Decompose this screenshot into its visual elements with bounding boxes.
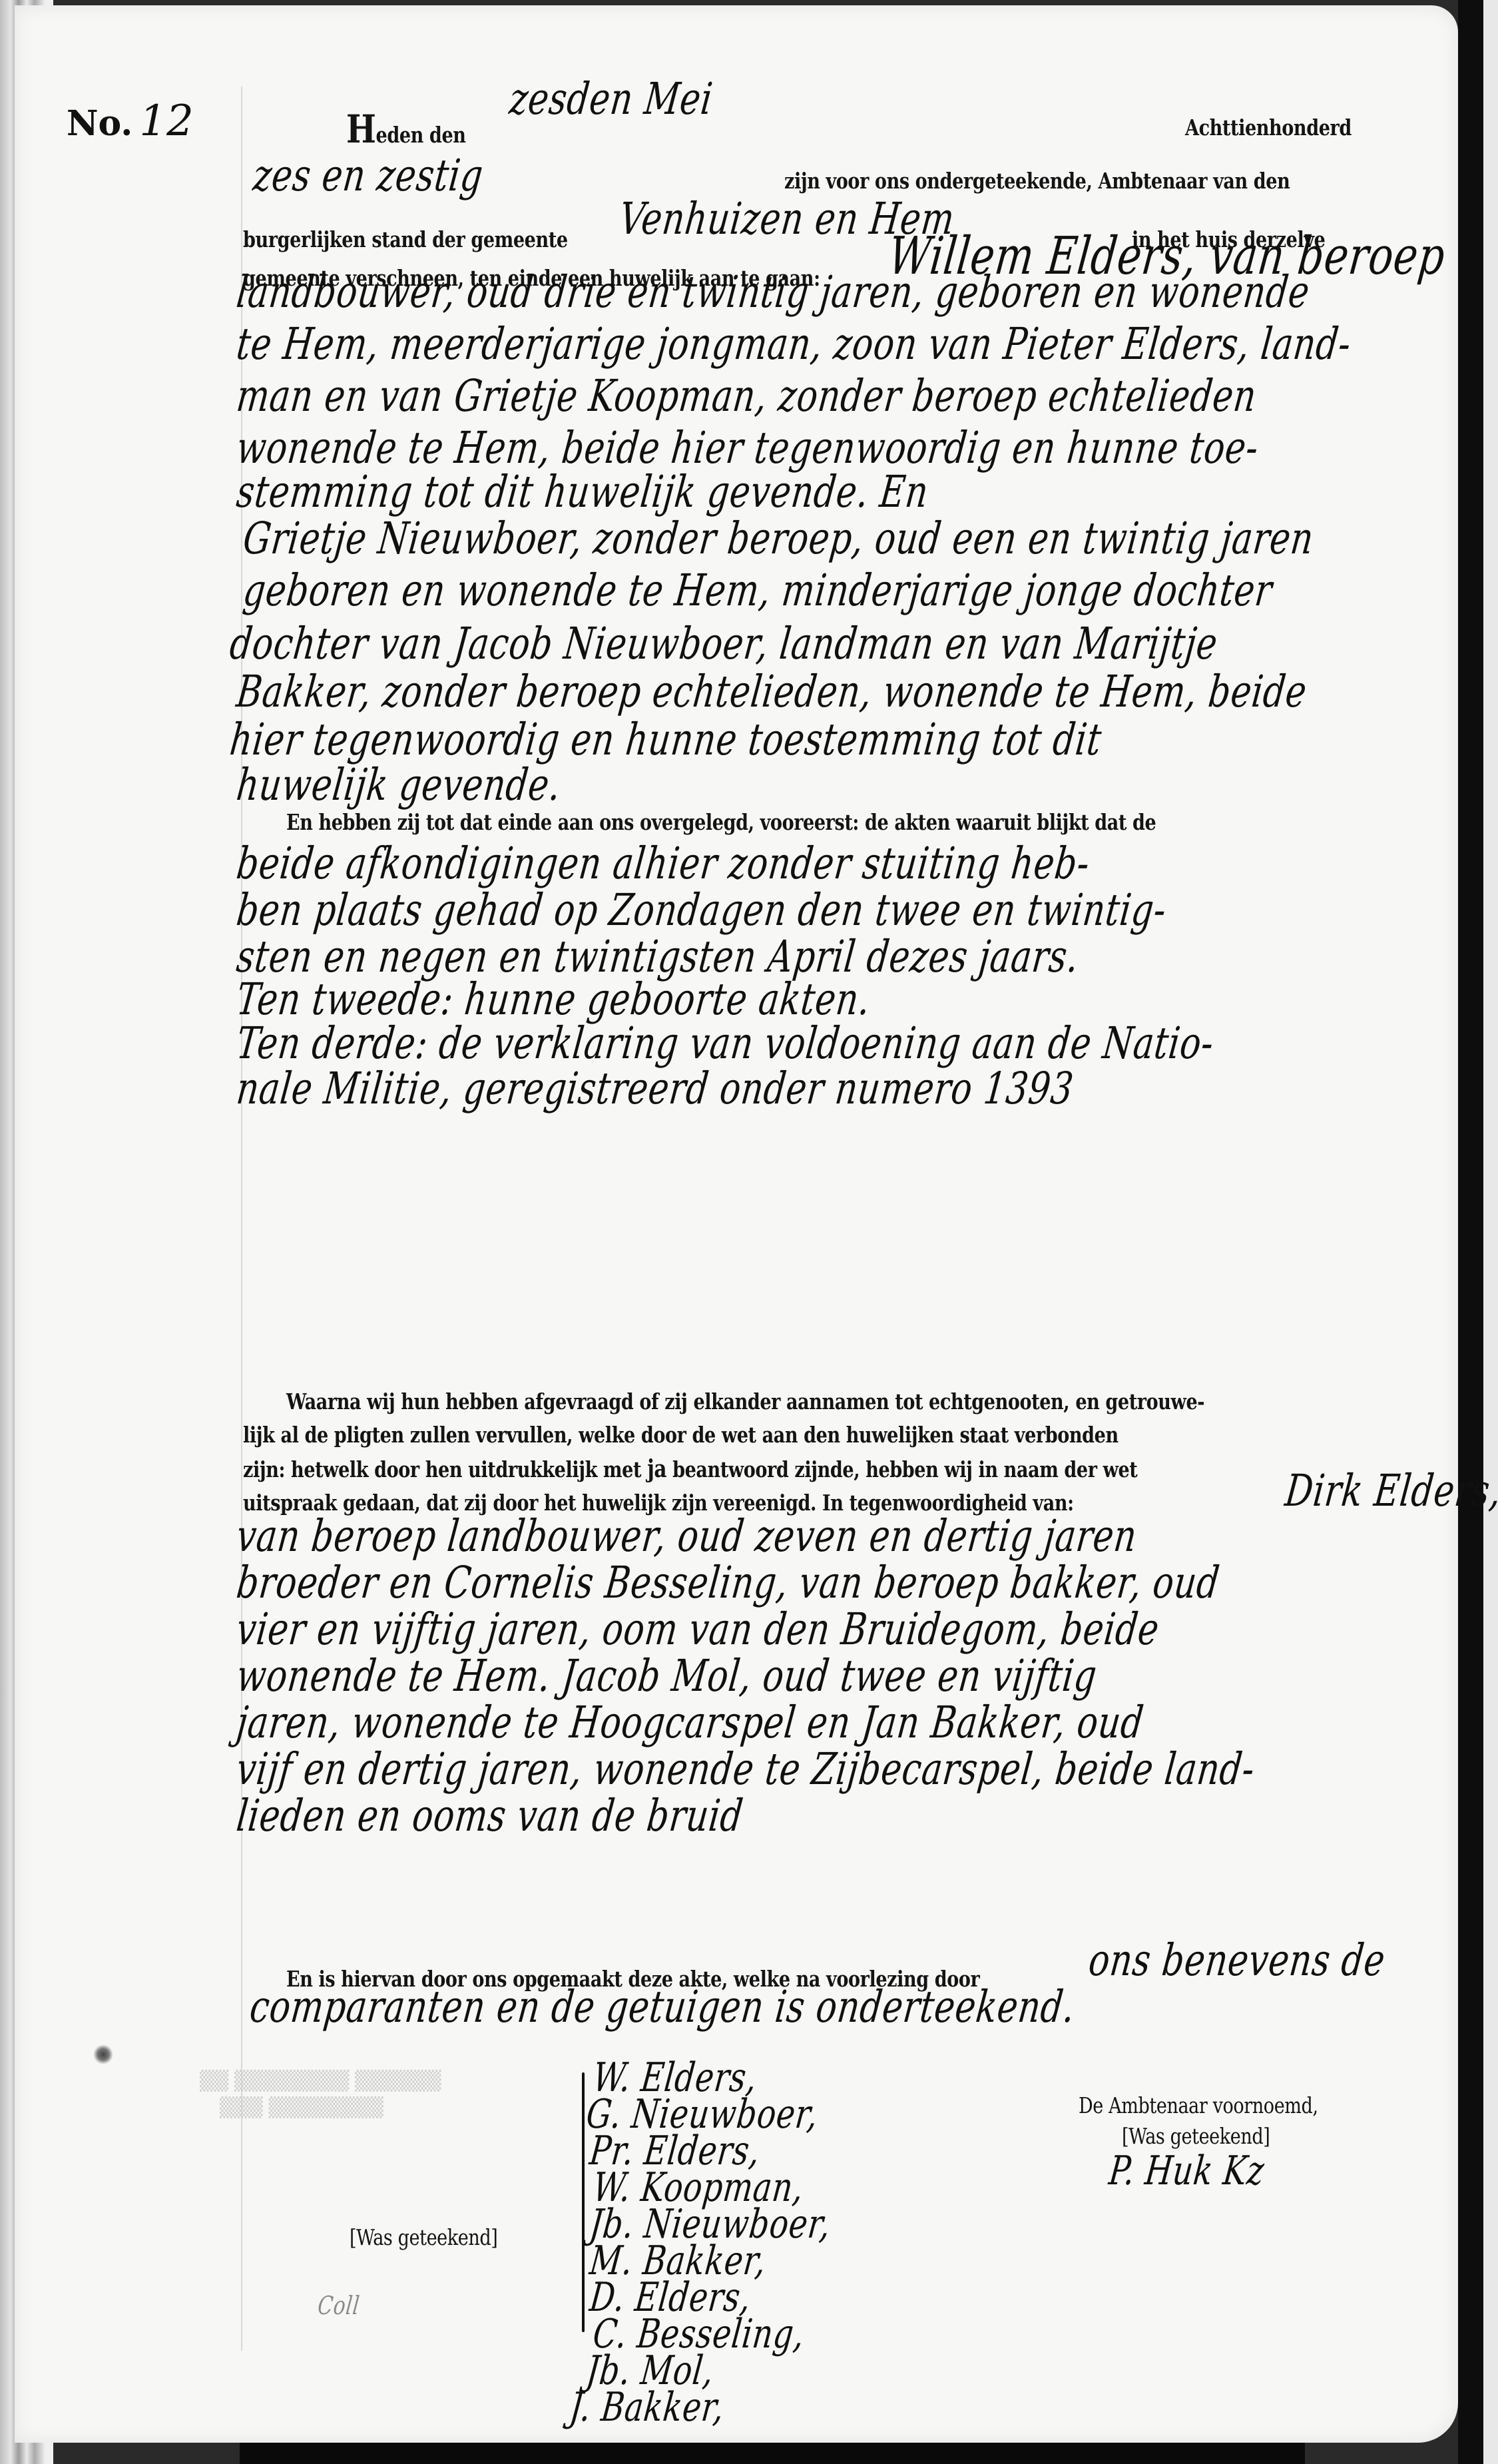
drop-cap: H [346,107,376,152]
book-gutter [1458,0,1483,2464]
bride-line: Grietje Nieuwboer, zonder beroep, oud ee… [241,513,1317,564]
witness-line: wonende te Hem. Jacob Mol, oud twee en v… [234,1650,1100,1701]
official-label: [Was geteekend] [1122,2123,1270,2149]
official-signature: P. Huk Kz [1107,2148,1266,2194]
documents-line: ben plaats gehad op Zondagen den twee en… [234,884,1169,936]
groom-line: man en van Grietje Koopman, zonder beroe… [234,370,1260,422]
witness-line: van beroep landbouwer, oud zeven en dert… [234,1510,1140,1562]
signatures-bracket [582,2072,585,2332]
next-page-edge [1483,0,1498,2464]
groom-line: landbouwer, oud drie en twintig jaren, g… [234,266,1312,318]
header-line-2: zijn voor ons ondergeteekende, Ambtenaar… [784,168,1290,194]
bride-line: dochter van Jacob Nieuwboer, landman en … [228,618,1220,669]
bride-line: hier tegenwoordig en hunne toestemming t… [228,714,1105,765]
bride-line: geboren en wonende te Hem, minderjarige … [241,565,1275,616]
year-printed: Achttienhonderd [1185,115,1352,141]
record-number-label: No. [67,103,132,144]
ink-blot [93,2044,113,2064]
ceremony-line-3: zijn: hetwelk door hen uitdrukkelijk met… [243,1455,1137,1483]
witness-line: vier en vijftig jaren, oom van den Bruid… [234,1604,1162,1655]
bleed-through-text: ▒▒▒▒▒▒ ▒▒▒▒▒▒▒▒ ▒▒ [200,2070,441,2092]
witness-start-handwritten: Dirk Elders, [1283,1465,1498,1516]
signature: J. Bakker, [567,2384,726,2431]
ja-emphasis: ja [647,1455,666,1483]
closing-handwritten-a: ons benevens de [1087,1935,1388,1986]
documents-line: beide afkondigingen alhier zonder stuiti… [234,838,1093,889]
documents-line: nale Militie, geregistreerd onder numero… [234,1063,1077,1114]
record-number-value: 12 [139,97,193,146]
witness-line: jaren, wonende te Hoogcarspel en Jan Bak… [234,1697,1146,1748]
page-bottom-shadow [240,2443,1305,2464]
heden-den-label: Heden den [346,107,466,152]
record-number: No.12 [67,97,194,146]
closing-handwritten-b: comparanten en de getuigen is onderteeke… [248,1981,1078,2032]
bleed-through-text: ▒▒▒▒▒▒▒▒ ▒▒▒ [220,2096,383,2118]
ceremony-line: lijk al de pligten zullen vervullen, wel… [243,1422,1119,1448]
documents-intro: En hebben zij tot dat einde aan ons over… [286,809,1156,835]
official-title: De Ambtenaar voornoemd, [1079,2092,1318,2118]
ceremony-line: Waarna wij hun hebben afgevraagd of zij … [286,1388,1204,1414]
groom-line: stemming tot dit huwelijk gevende. En [234,466,931,517]
witness-line: lieden en ooms van de bruid [234,1790,746,1841]
documents-line: Ten derde: de verklaring van voldoening … [234,1018,1216,1069]
witness-line: vijf en dertig jaren, wonende te Zijbeca… [234,1743,1258,1795]
signatures-label: [Was geteekend] [350,2224,497,2250]
witness-line: broeder en Cornelis Besseling, van beroe… [234,1557,1222,1608]
margin-note: Coll [316,2291,361,2320]
year-handwritten: zes en zestig [251,150,486,201]
header-line-3a: burgerlijken stand der gemeente [243,226,568,252]
bride-line: huwelijk gevende. [234,759,564,810]
bride-line: Bakker, zonder beroep echtelieden, wonen… [234,666,1310,717]
groom-line: te Hem, meerderjarige jongman, zoon van … [234,318,1354,370]
date-handwritten: zesden Mei [507,73,716,125]
